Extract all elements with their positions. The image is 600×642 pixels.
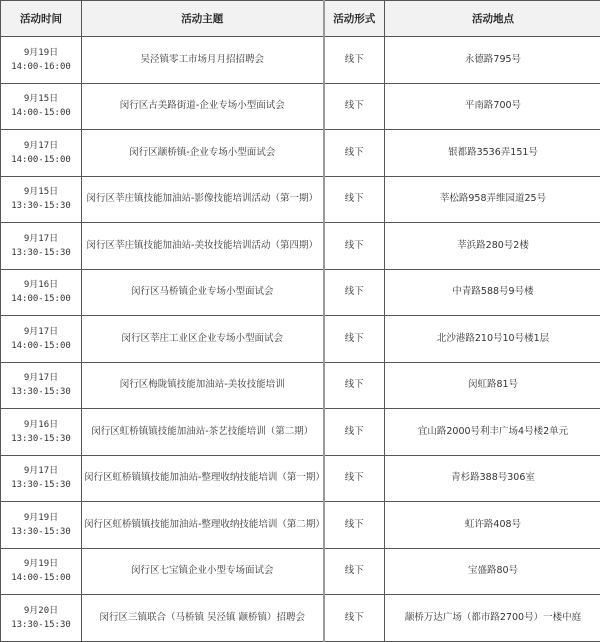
time-cell: 9月19日13:30-15:30 [1,502,82,549]
theme-cell: 闵行区梅陇镇技能加油站-美妆技能培训 [82,362,324,409]
date-text: 9月17日 [3,232,79,246]
mode-cell: 线下 [324,548,385,595]
header-activity-theme: 活动主题 [82,1,324,37]
table-row: 9月16日14:00-15:00 闵行区马桥镇企业专场小型面试会 线下 中青路5… [1,269,600,316]
table-row: 9月15日14:00-15:00 闵行区古美路街道-企业专场小型面试会 线下 平… [1,83,600,130]
mode-cell: 线下 [324,455,385,502]
mode-cell: 线下 [324,223,385,270]
mode-cell: 线下 [324,409,385,456]
time-cell: 9月17日13:30-15:30 [1,455,82,502]
table-row: 9月20日13:30-15:30 闵行区三镇联合（马桥镇 吴泾镇 颛桥镇）招聘会… [1,595,600,642]
theme-cell: 吴泾镇零工市场月月招招聘会 [82,37,324,84]
time-range-text: 13:30-15:30 [3,525,79,539]
theme-cell: 闵行区三镇联合（马桥镇 吴泾镇 颛桥镇）招聘会 [82,595,324,642]
mode-cell: 线下 [324,316,385,363]
date-text: 9月15日 [3,185,79,199]
time-range-text: 13:30-15:30 [3,618,79,632]
time-range-text: 13:30-15:30 [3,246,79,260]
time-range-text: 14:00-15:00 [3,292,79,306]
table-row: 9月15日13:30-15:30 闵行区莘庄镇技能加油站-影像技能培训活动（第一… [1,176,600,223]
theme-cell: 闵行区颛桥镇-企业专场小型面试会 [82,130,324,177]
header-row: 活动时间 活动主题 活动形式 活动地点 [1,1,600,37]
date-text: 9月20日 [3,604,79,618]
table-row: 9月17日14:00-15:00 闵行区颛桥镇-企业专场小型面试会 线下 银都路… [1,130,600,177]
date-text: 9月19日 [3,511,79,525]
date-text: 9月17日 [3,325,79,339]
time-cell: 9月16日13:30-15:30 [1,409,82,456]
table-row: 9月17日13:30-15:30 闵行区虹桥镇镇技能加油站-整理收纳技能培训（第… [1,455,600,502]
header-activity-place: 活动地点 [385,1,600,37]
mode-cell: 线下 [324,176,385,223]
place-cell: 中青路588号9号楼 [385,269,600,316]
time-cell: 9月19日14:00-15:00 [1,548,82,595]
time-range-text: 13:30-15:30 [3,199,79,213]
time-cell: 9月20日13:30-15:30 [1,595,82,642]
place-cell: 莘松路958弄维园道25号 [385,176,600,223]
mode-cell: 线下 [324,83,385,130]
table-row: 9月19日14:00-15:00 闵行区七宝镇企业小型专场面试会 线下 宝盛路8… [1,548,600,595]
date-text: 9月19日 [3,46,79,60]
place-cell: 青杉路388号306室 [385,455,600,502]
header-activity-mode: 活动形式 [324,1,385,37]
theme-cell: 闵行区莘庄镇技能加油站-影像技能培训活动（第一期） [82,176,324,223]
time-cell: 9月17日14:00-15:00 [1,130,82,177]
place-cell: 莘浜路280号2楼 [385,223,600,270]
time-cell: 9月15日13:30-15:30 [1,176,82,223]
table-header: 活动时间 活动主题 活动形式 活动地点 [1,1,600,37]
place-cell: 银都路3536弄151号 [385,130,600,177]
place-cell: 平南路700号 [385,83,600,130]
time-range-text: 14:00-15:00 [3,571,79,585]
theme-cell: 闵行区虹桥镇镇技能加油站-整理收纳技能培训（第一期） [82,455,324,502]
place-cell: 永德路795号 [385,37,600,84]
time-range-text: 14:00-16:00 [3,60,79,74]
place-cell: 闵虹路81号 [385,362,600,409]
date-text: 9月17日 [3,139,79,153]
theme-cell: 闵行区莘庄镇技能加油站-美妆技能培训活动（第四期） [82,223,324,270]
time-cell: 9月15日14:00-15:00 [1,83,82,130]
table-row: 9月17日13:30-15:30 闵行区莘庄镇技能加油站-美妆技能培训活动（第四… [1,223,600,270]
table-body: 9月19日14:00-16:00 吴泾镇零工市场月月招招聘会 线下 永德路795… [1,37,600,642]
time-range-text: 13:30-15:30 [3,432,79,446]
activity-schedule-table: 活动时间 活动主题 活动形式 活动地点 9月19日14:00-16:00 吴泾镇… [0,0,600,642]
time-cell: 9月17日13:30-15:30 [1,223,82,270]
date-text: 9月16日 [3,418,79,432]
theme-cell: 闵行区马桥镇企业专场小型面试会 [82,269,324,316]
mode-cell: 线下 [324,595,385,642]
table-row: 9月19日14:00-16:00 吴泾镇零工市场月月招招聘会 线下 永德路795… [1,37,600,84]
time-range-text: 14:00-15:00 [3,339,79,353]
mode-cell: 线下 [324,502,385,549]
time-cell: 9月17日14:00-15:00 [1,316,82,363]
time-range-text: 13:30-15:30 [3,385,79,399]
place-cell: 虹许路408号 [385,502,600,549]
time-range-text: 14:00-15:00 [3,153,79,167]
date-text: 9月16日 [3,278,79,292]
time-cell: 9月19日14:00-16:00 [1,37,82,84]
mode-cell: 线下 [324,37,385,84]
theme-cell: 闵行区虹桥镇镇技能加油站-整理收纳技能培训（第二期） [82,502,324,549]
date-text: 9月19日 [3,557,79,571]
place-cell: 宜山路2000号利丰广场4号楼2单元 [385,409,600,456]
mode-cell: 线下 [324,130,385,177]
theme-cell: 闵行区莘庄工业区企业专场小型面试会 [82,316,324,363]
time-cell: 9月16日14:00-15:00 [1,269,82,316]
theme-cell: 闵行区虹桥镇镇技能加油站-茶艺技能培训（第二期） [82,409,324,456]
date-text: 9月17日 [3,464,79,478]
mode-cell: 线下 [324,269,385,316]
table-row: 9月19日13:30-15:30 闵行区虹桥镇镇技能加油站-整理收纳技能培训（第… [1,502,600,549]
table-row: 9月16日13:30-15:30 闵行区虹桥镇镇技能加油站-茶艺技能培训（第二期… [1,409,600,456]
time-cell: 9月17日13:30-15:30 [1,362,82,409]
date-text: 9月17日 [3,371,79,385]
time-range-text: 14:00-15:00 [3,106,79,120]
table-row: 9月17日13:30-15:30 闵行区梅陇镇技能加油站-美妆技能培训 线下 闵… [1,362,600,409]
place-cell: 宝盛路80号 [385,548,600,595]
mode-cell: 线下 [324,362,385,409]
theme-cell: 闵行区古美路街道-企业专场小型面试会 [82,83,324,130]
table-row: 9月17日14:00-15:00 闵行区莘庄工业区企业专场小型面试会 线下 北沙… [1,316,600,363]
header-activity-time: 活动时间 [1,1,82,37]
place-cell: 北沙港路210号10号楼1层 [385,316,600,363]
time-range-text: 13:30-15:30 [3,478,79,492]
date-text: 9月15日 [3,92,79,106]
place-cell: 颛桥万达广场（都市路2700号）一楼中庭 [385,595,600,642]
theme-cell: 闵行区七宝镇企业小型专场面试会 [82,548,324,595]
